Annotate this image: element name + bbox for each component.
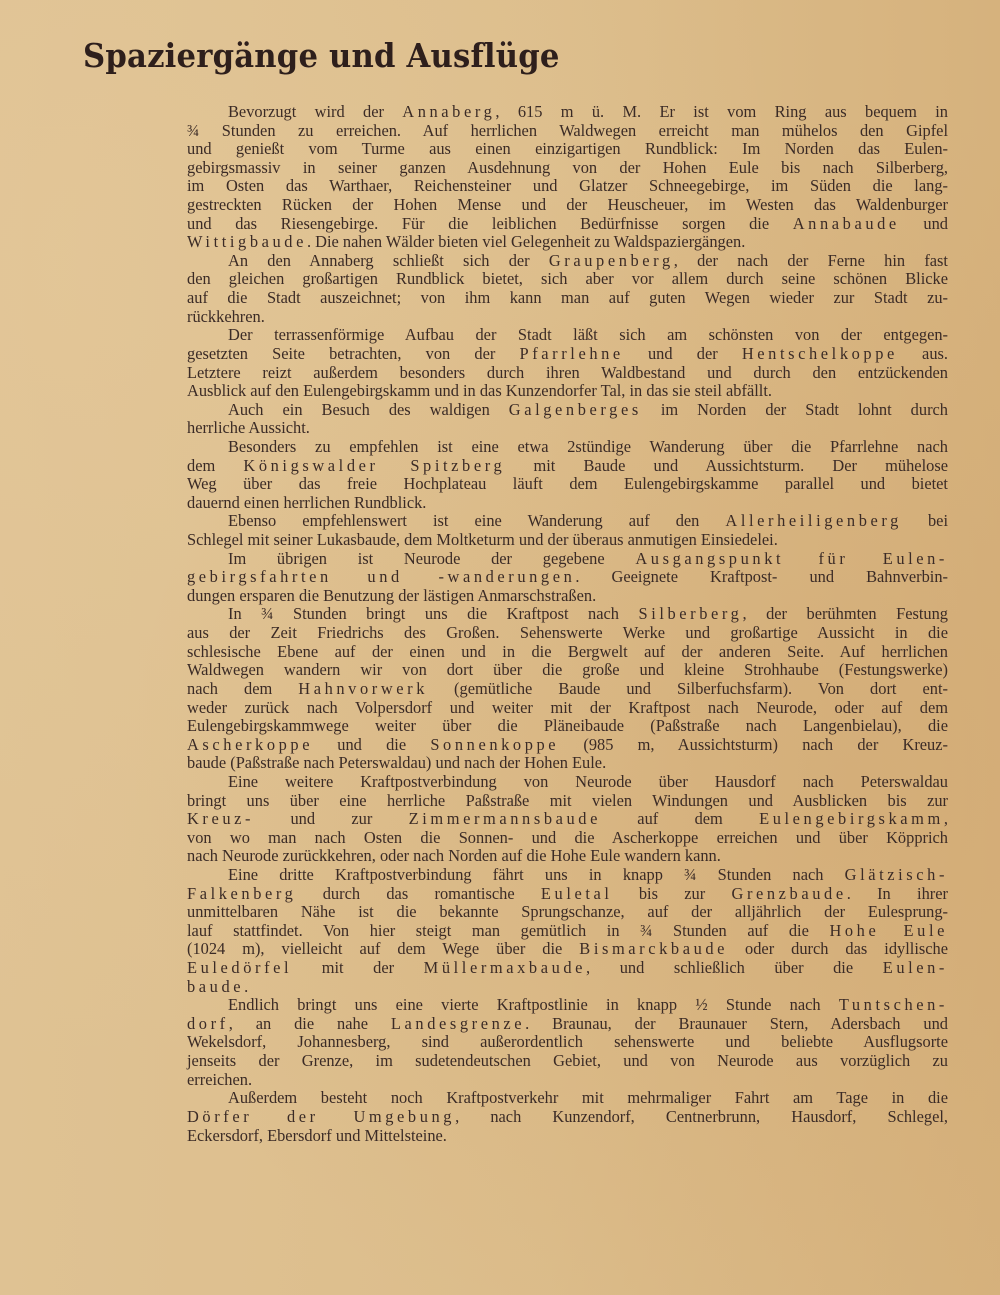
spaced-place-name: Hentschelkoppe <box>742 344 898 363</box>
text-line: (1024 m), vielleicht auf dem Wege über d… <box>187 940 948 959</box>
text-line: nach dem Hahnvorwerk (gemütliche Baude u… <box>187 680 948 699</box>
text-line: gebirgsfahrten und -wanderungen. Geeigne… <box>187 568 948 587</box>
page-title: Spaziergänge und Ausflüge <box>83 36 560 75</box>
spaced-place-name: Annaberg <box>402 102 495 121</box>
text-line: Euledörfel mit der Müllermaxbaude, und s… <box>187 959 948 978</box>
text-line: unmittelbaren Nähe ist die bekannte Spru… <box>187 903 948 922</box>
text-line: nach Neurode zurückkehren, oder nach Nor… <box>187 847 948 866</box>
paragraph: Im übrigen ist Neurode der gegebene Ausg… <box>187 550 948 606</box>
paragraph: In ¾ Stunden bringt uns die Kraftpost na… <box>187 605 948 772</box>
text-line: gesetzten Seite betrachten, von der Pfar… <box>187 345 948 364</box>
text-line: Bevorzugt wird der Annaberg, 615 m ü. M.… <box>187 103 948 122</box>
spaced-place-name: baude <box>187 977 244 996</box>
text-line: und genießt vom Turme aus einen einzigar… <box>187 140 948 159</box>
text-line: Weg über das freie Hochplateau läuft dem… <box>187 475 948 494</box>
spaced-place-name: Zimmermannsbaude <box>409 809 601 828</box>
paragraph: An den Annaberg schließt sich der Graupe… <box>187 252 948 326</box>
text-line: lauf stattfindet. Von hier steigt man ge… <box>187 922 948 941</box>
text-line: Besonders zu empfehlen ist eine etwa 2st… <box>187 438 948 457</box>
text-line: Wekelsdorf, Johannesberg, sind außerorde… <box>187 1033 948 1052</box>
spaced-place-name: Bismarckbaude <box>579 939 728 958</box>
text-line: dauernd einen herrlichen Rundblick. <box>187 494 948 513</box>
spaced-place-name: gebirgsfahrten und -wanderungen <box>187 567 575 586</box>
spaced-place-name: Pfarrlehne <box>520 344 624 363</box>
spaced-place-name: Königswalder Spitzberg <box>243 456 505 475</box>
text-line: Waldwegen wandern wir von dort über die … <box>187 661 948 680</box>
paragraph: Endlich bringt uns eine vierte Kraftpost… <box>187 996 948 1089</box>
text-line: Ebenso empfehlenswert ist eine Wanderung… <box>187 512 948 531</box>
spaced-place-name: Silberberg <box>638 604 742 623</box>
text-line: Endlich bringt uns eine vierte Kraftpost… <box>187 996 948 1015</box>
paragraph: Ebenso empfehlenswert ist eine Wanderung… <box>187 512 948 549</box>
spaced-place-name: Grenzbaude <box>732 884 847 903</box>
paragraph: Besonders zu empfehlen ist eine etwa 2st… <box>187 438 948 512</box>
text-line: den gleichen großartigen Rundblick biete… <box>187 270 948 289</box>
text-line: schlesische Ebene auf der einen und in d… <box>187 643 948 662</box>
spaced-place-name: Annabaude <box>793 214 900 233</box>
text-line: Im übrigen ist Neurode der gegebene Ausg… <box>187 550 948 569</box>
paragraph: Bevorzugt wird der Annaberg, 615 m ü. M.… <box>187 103 948 252</box>
text-line: dorf, an die nahe Landesgrenze. Braunau,… <box>187 1015 948 1034</box>
text-line: Wittigbaude. Die nahen Wälder bieten vie… <box>187 233 948 252</box>
text-line: gebirgsmassiv in seiner ganzen Ausdehnun… <box>187 159 948 178</box>
text-line: erreichen. <box>187 1071 948 1090</box>
spaced-place-name: Galgenberges <box>509 400 642 419</box>
spaced-place-name: Falkenberg <box>187 884 296 903</box>
spaced-place-name: dorf <box>187 1014 229 1033</box>
text-line: baude. <box>187 978 948 997</box>
text-line: baude (Paßstraße nach Peterswaldau) und … <box>187 754 948 773</box>
spaced-place-name: Euletal <box>541 884 613 903</box>
text-line: Ascherkoppe und die Sonnenkoppe (985 m, … <box>187 736 948 755</box>
text-line: ¾ Stunden zu erreichen. Auf herrlichen W… <box>187 122 948 141</box>
text-line: aus der Zeit Friedrichs des Großen. Sehe… <box>187 624 948 643</box>
text-line: herrliche Aussicht. <box>187 419 948 438</box>
spaced-place-name: Eulengebirgskamm <box>759 809 944 828</box>
text-line: dungen ersparen die Benutzung der lästig… <box>187 587 948 606</box>
paragraph: Der terrassenförmige Aufbau der Stadt lä… <box>187 326 948 400</box>
text-line: Eckersdorf, Ebersdorf und Mittelsteine. <box>187 1127 948 1146</box>
spaced-place-name: Allerheiligenberg <box>725 511 902 530</box>
paragraph: Auch ein Besuch des waldigen Galgenberge… <box>187 401 948 438</box>
spaced-place-name: Landesgrenze <box>391 1014 525 1033</box>
text-line: Auch ein Besuch des waldigen Galgenberge… <box>187 401 948 420</box>
text-line: dem Königswalder Spitzberg mit Baude und… <box>187 457 948 476</box>
text-line: In ¾ Stunden bringt uns die Kraftpost na… <box>187 605 948 624</box>
text-line: jenseits der Grenze, im sudetendeutschen… <box>187 1052 948 1071</box>
text-line: gestreckten Rücken der Hohen Mense und d… <box>187 196 948 215</box>
spaced-place-name: Hohe Eule <box>829 921 948 940</box>
text-line: Kreuz- und zur Zimmermannsbaude auf dem … <box>187 810 948 829</box>
text-line: rückkehren. <box>187 308 948 327</box>
text-line: und das Riesengebirge. Für die leibliche… <box>187 215 948 234</box>
spaced-place-name: Müllermaxbaude <box>424 958 586 977</box>
spaced-place-name: Tuntschen- <box>839 995 948 1014</box>
text-line: Eulengebirgskammwege weiter über die Plä… <box>187 717 948 736</box>
spaced-place-name: Sonnenkoppe <box>430 735 559 754</box>
text-line: bringt uns über eine herrliche Paßstraße… <box>187 792 948 811</box>
spaced-place-name: Wittigbaude <box>187 232 307 251</box>
spaced-place-name: Eulen- <box>883 958 948 977</box>
text-line: von wo man nach Osten die Sonnen- und di… <box>187 829 948 848</box>
text-line: Eine dritte Kraftpostverbindung fährt un… <box>187 866 948 885</box>
text-line: Letztere reizt außerdem besonders durch … <box>187 364 948 383</box>
document-page: Spaziergänge und Ausflüge Bevorzugt wird… <box>0 0 1000 1295</box>
spaced-place-name: Euledörfel <box>187 958 292 977</box>
body-text: Bevorzugt wird der Annaberg, 615 m ü. M.… <box>187 103 948 1145</box>
text-line: weder zurück nach Volpersdorf und weiter… <box>187 699 948 718</box>
text-line: Außerdem besteht noch Kraftpostverkehr m… <box>187 1089 948 1108</box>
text-line: Der terrassenförmige Aufbau der Stadt lä… <box>187 326 948 345</box>
paragraph: Eine weitere Kraftpostverbindung von Neu… <box>187 773 948 866</box>
text-line: Eine weitere Kraftpostverbindung von Neu… <box>187 773 948 792</box>
text-line: Schlegel mit seiner Lukasbaude, dem Molt… <box>187 531 948 550</box>
text-line: auf die Stadt auszeichnet; von ihm kann … <box>187 289 948 308</box>
spaced-place-name: Kreuz- <box>187 809 254 828</box>
spaced-place-name: Hahnvorwerk <box>298 679 428 698</box>
spaced-place-name: Glätzisch- <box>845 865 948 884</box>
text-line: im Osten das Warthaer, Reichensteiner un… <box>187 177 948 196</box>
spaced-place-name: Graupenberg <box>549 251 674 270</box>
paragraph: Außerdem besteht noch Kraftpostverkehr m… <box>187 1089 948 1145</box>
text-line: Ausblick auf den Eulengebirgskamm und in… <box>187 382 948 401</box>
spaced-place-name: Ausgangspunkt für Eulen- <box>635 549 948 568</box>
text-line: An den Annaberg schließt sich der Graupe… <box>187 252 948 271</box>
spaced-place-name: Ascherkoppe <box>187 735 313 754</box>
text-line: Falkenberg durch das romantische Euletal… <box>187 885 948 904</box>
text-line: Dörfer der Umgebung, nach Kunzendorf, Ce… <box>187 1108 948 1127</box>
paragraph: Eine dritte Kraftpostverbindung fährt un… <box>187 866 948 996</box>
spaced-place-name: Dörfer der Umgebung <box>187 1107 455 1126</box>
